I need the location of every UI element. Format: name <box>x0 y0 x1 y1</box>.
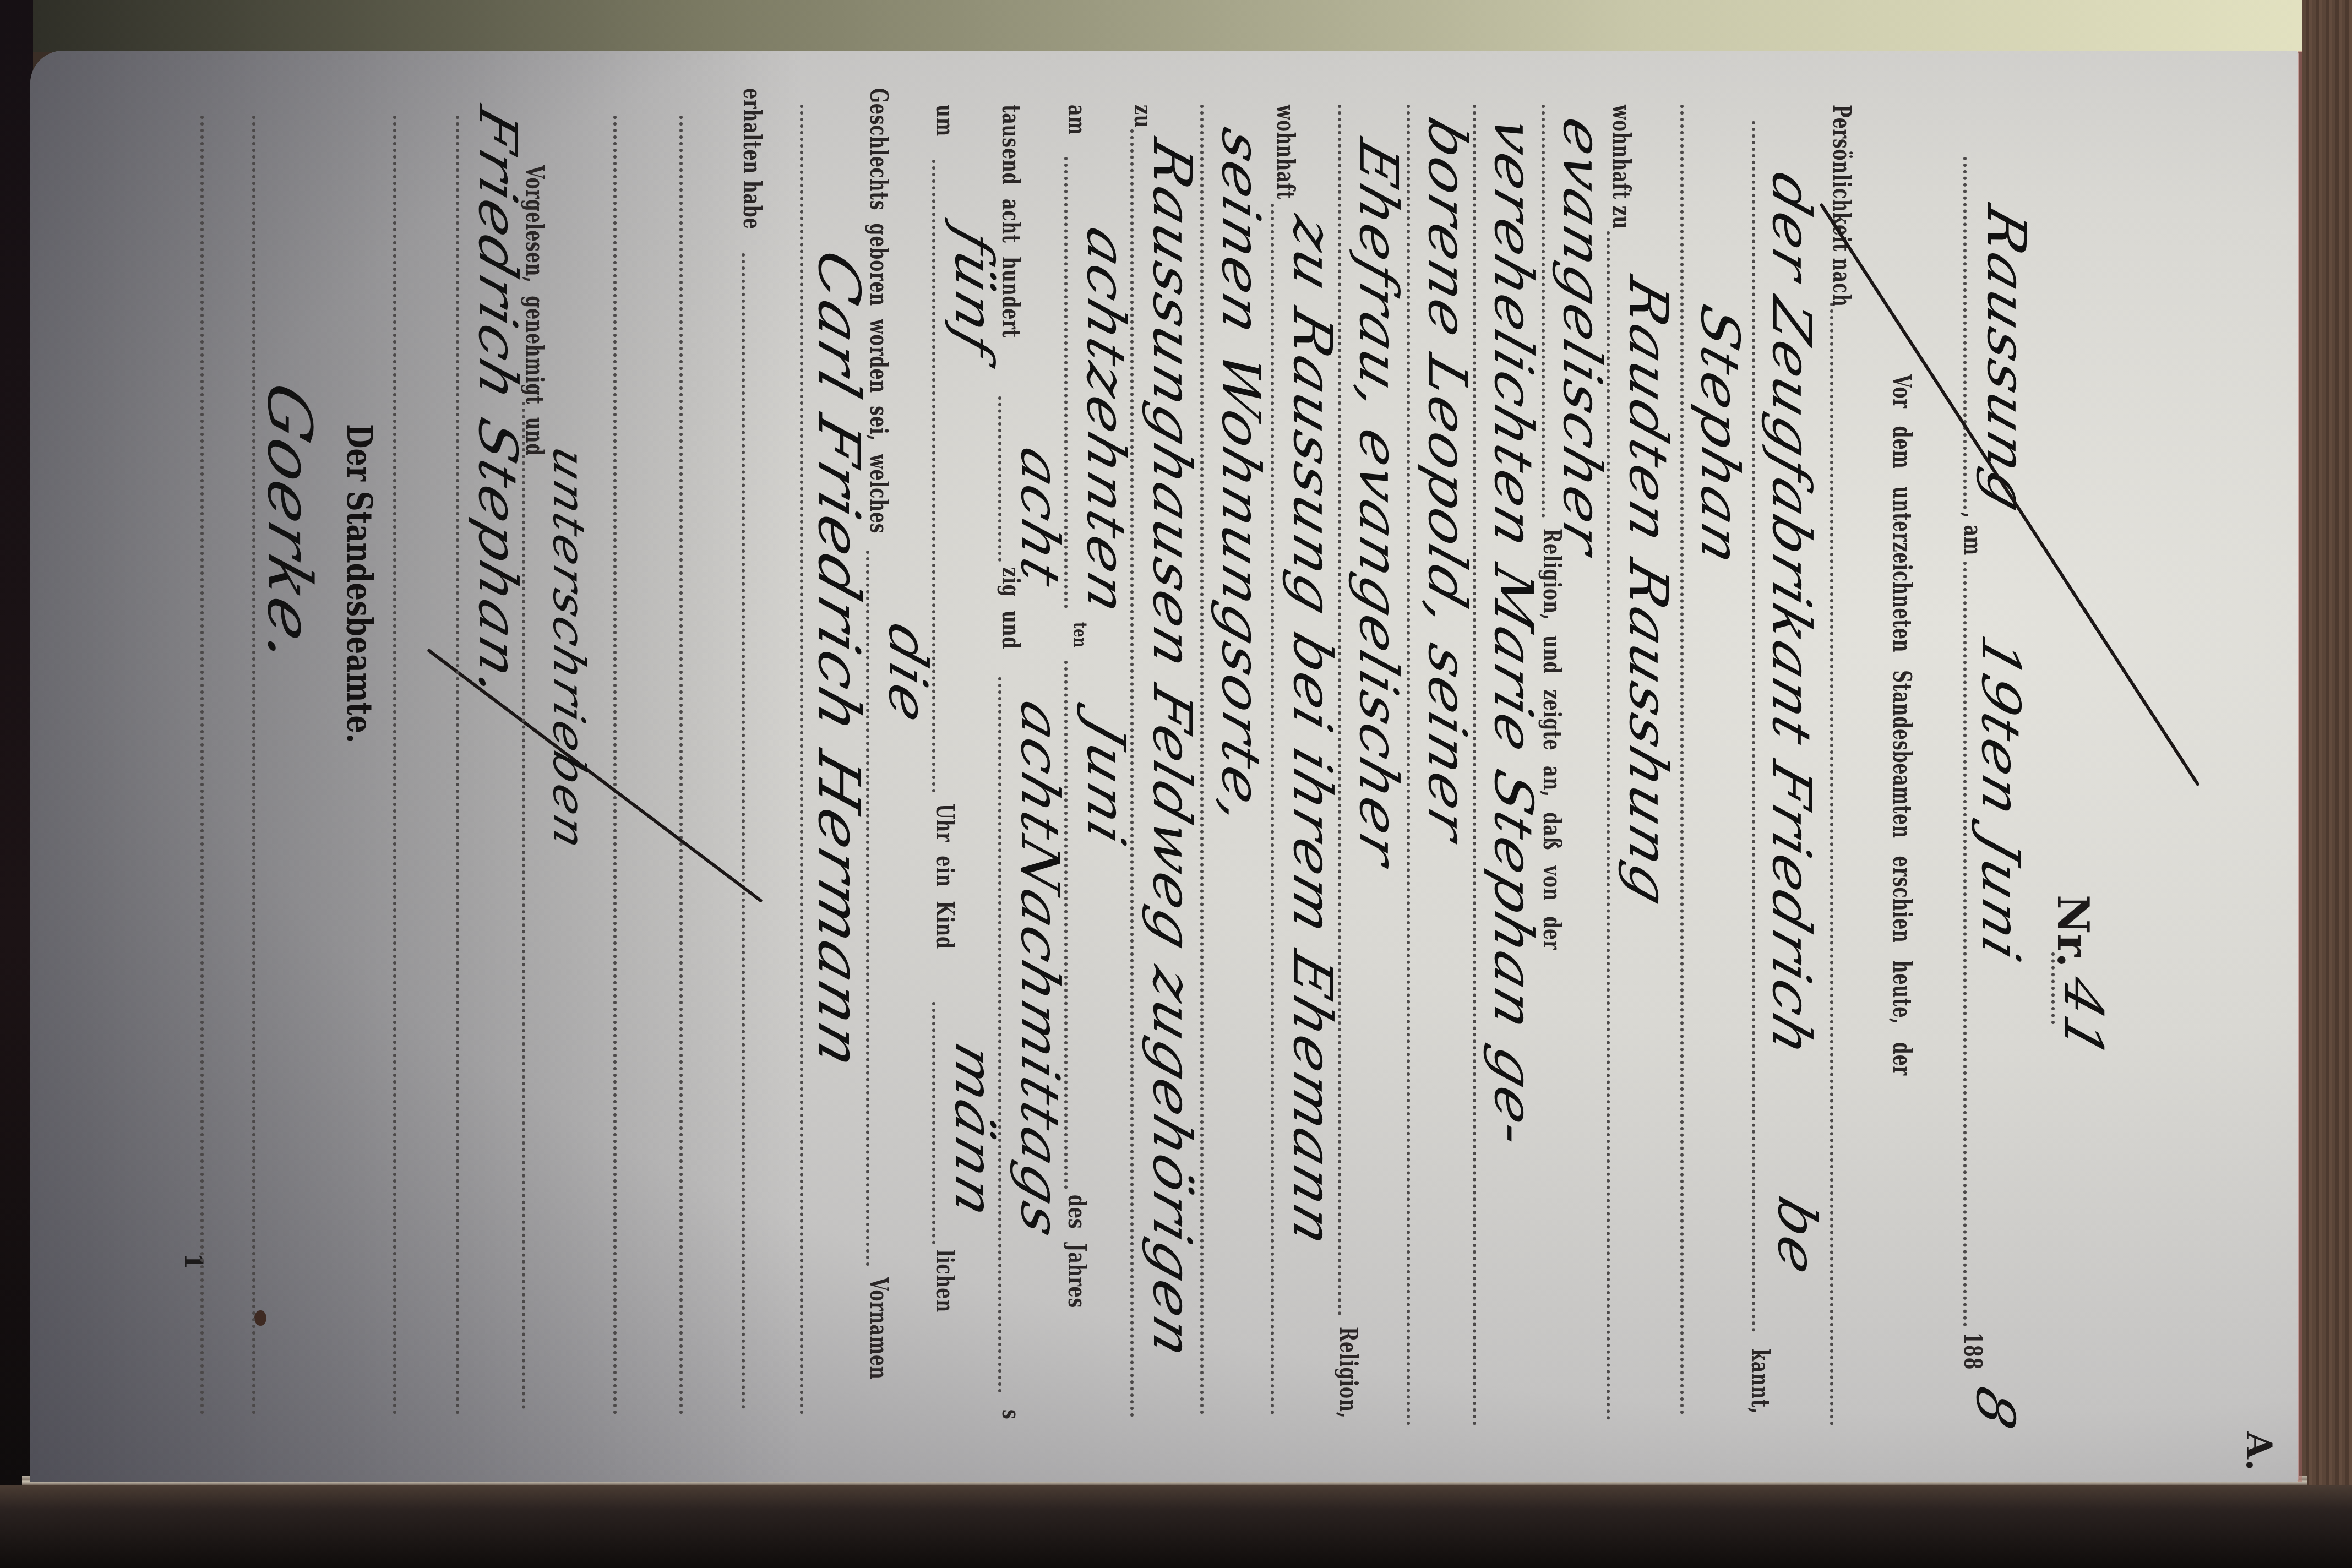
official-title: Der Standesbeamte. <box>339 424 380 743</box>
uhr-label: Uhr ein Kind <box>930 804 959 949</box>
ten-label: ten <box>1069 622 1091 648</box>
vornamen-label: Vornamen <box>864 1277 892 1380</box>
gender-hand: die <box>877 617 939 732</box>
lichen-label: lichen <box>930 1250 959 1313</box>
bekannt-label: kannt, <box>1746 1349 1774 1414</box>
entry-number-line: Nr. 41 <box>2037 66 2098 1509</box>
year-words-dots-1 <box>998 396 1001 562</box>
mother-residence-value-2: seinen Wohnungsorte, <box>1210 121 1272 835</box>
erhalten-dots <box>742 253 745 1409</box>
birth-record-form: A. Nr. 41 Raussung , am 19ten Juni 188 8… <box>143 66 2290 1509</box>
informant-name-line: der Zeugfabrikant Friedrich be kannt, <box>1740 66 1800 1509</box>
identity-dots <box>1830 303 1833 1426</box>
book-top-page-edge <box>0 0 2352 52</box>
place-date-line: Raussung , am 19ten Juni 188 8 <box>1954 66 2015 1509</box>
closing-hand: unterschrieben <box>543 440 595 858</box>
informant-surname: Stephan <box>1689 297 1751 574</box>
surname-dots <box>1680 105 1684 1415</box>
year-words-dots-2 <box>998 677 1001 1393</box>
place-dots <box>1963 157 1967 509</box>
year-hand: 8 <box>1964 1379 2026 1438</box>
child-sex-dots <box>932 1002 935 1244</box>
birth-place-label: zu <box>1129 105 1157 128</box>
child-names-line: Carl Friedrich Hermann <box>790 66 851 1509</box>
child-names: Carl Friedrich Hermann <box>805 242 873 1079</box>
birth-hour: fünf <box>943 220 1005 366</box>
informant-religion: evangelischer <box>1551 110 1613 564</box>
blank-line-3 <box>393 116 396 1415</box>
mother-residence-label: wohnhaft <box>1271 105 1299 199</box>
date-dots <box>1963 562 1967 1327</box>
religion-label-2: Religion, <box>1334 1327 1362 1418</box>
birth-place-value: Raussunghausen Feldweg zugehörigen <box>1141 132 1203 1368</box>
mother-religion: Ehefrau, evangelischer <box>1348 132 1409 875</box>
blank-line-2 <box>613 116 617 1415</box>
child-names-dots <box>800 105 803 1415</box>
birth-day: achtzehnten <box>1075 220 1137 623</box>
identity-label: Persönlichkeit nach <box>1827 105 1855 307</box>
blank-line-1 <box>679 116 683 1415</box>
child-sex: männ <box>943 1035 1005 1227</box>
birth-am-label: am <box>1063 105 1091 135</box>
erhalten-line: erhalten habe <box>729 66 790 1509</box>
wooden-table-edge <box>2302 0 2352 1568</box>
page-red-edge <box>2298 51 2302 1482</box>
book-binding-shadow <box>0 0 33 1568</box>
official-signature-line: Goerke. <box>242 66 303 1509</box>
date-value: 19ten Juni <box>1970 628 2032 970</box>
residence-value: Raudten Rausshung <box>1618 270 1679 915</box>
official-signature-dots <box>252 116 255 1415</box>
um-label: um <box>930 105 959 137</box>
nr-label: Nr. <box>2048 895 2098 967</box>
zig-und-label: zig und <box>997 567 1025 649</box>
intro-line: Vor dem unterzeichneten Standesbeamten e… <box>1872 66 1932 1509</box>
mother-name-2: borene Leopold, seiner <box>1417 110 1478 851</box>
informant-name: der Zeugfabrikant Friedrich <box>1761 165 1822 1065</box>
mother-name-1: verehelichten Marie Stephan ge- <box>1483 110 1544 1156</box>
nr-value: 41 <box>2052 969 2114 1066</box>
year-words-hand-2: achtNachmittags <box>1009 694 1071 1246</box>
intro-text: Vor dem unterzeichneten Standesbeamten e… <box>1887 374 1917 1076</box>
place-value: Raussung <box>1975 198 2037 522</box>
birth-month: Juni <box>1075 710 1137 854</box>
official-signature: Goerke. <box>254 374 325 676</box>
blank-line-4 <box>200 116 204 1415</box>
informant-signature: Friedrich Stephan. <box>467 99 529 708</box>
informant-signature-line: Friedrich Stephan. <box>446 66 507 1509</box>
birth-time-line: um fünf Uhr ein Kind männ lichen <box>922 66 983 1509</box>
informant-dots <box>1752 121 1755 1332</box>
register-letter: A. <box>2238 1431 2279 1471</box>
year-words-suffix: s <box>997 1409 1025 1420</box>
erhalten-label: erhalten habe <box>738 88 766 230</box>
mother-residence-value: zu Raussung bei ihrem Ehemann <box>1282 209 1343 1255</box>
year-printed: 188 <box>1958 1332 1986 1370</box>
informant-signature-dots <box>456 116 459 1415</box>
am-label: , am <box>1958 512 1986 556</box>
